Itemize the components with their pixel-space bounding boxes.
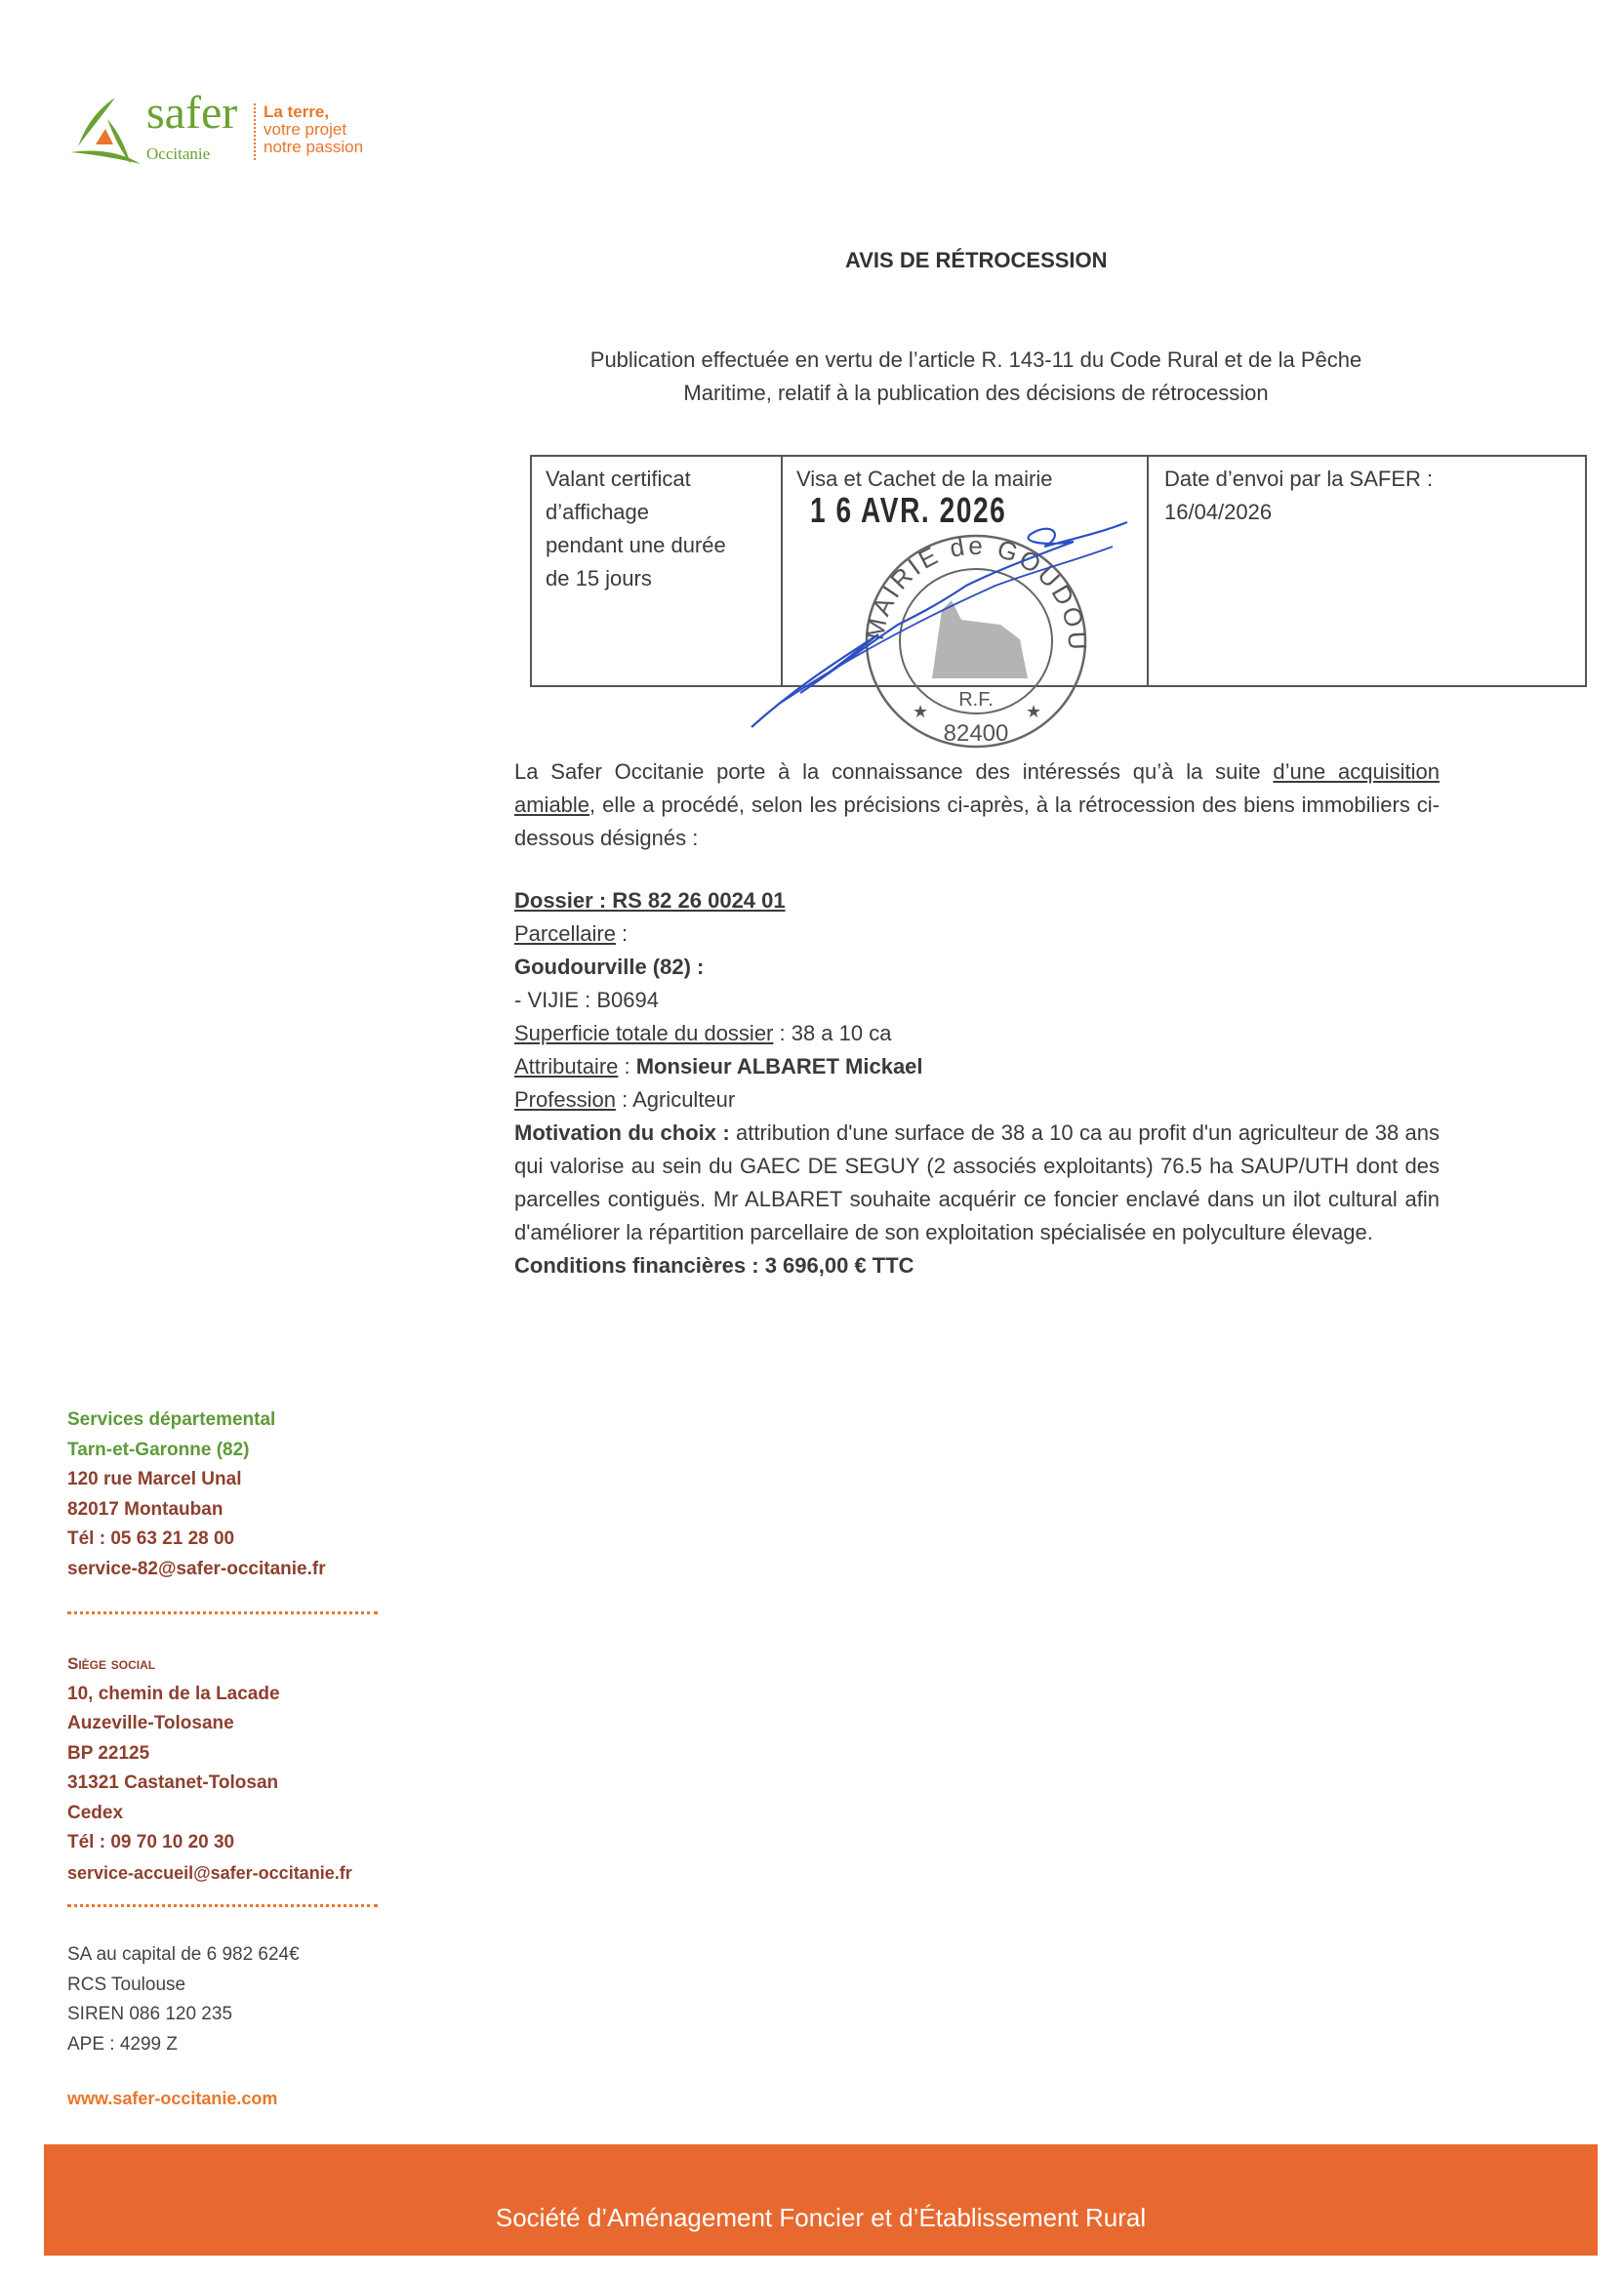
- service-phone: Tél : 05 63 21 28 00: [67, 1525, 389, 1555]
- departmental-service-contact: Services départemental Tarn-et-Garonne (…: [67, 1405, 389, 1584]
- intro-text-1: La Safer Occitanie porte à la connaissan…: [514, 759, 1273, 784]
- subtitle-line-1: Publication effectuée en vertu de l’arti…: [527, 344, 1425, 377]
- dossier-number: Dossier : RS 82 26 0024 01: [514, 888, 786, 913]
- superficie-label: Superficie totale du dossier: [514, 1021, 773, 1045]
- intro-paragraph: La Safer Occitanie porte à la connaissan…: [514, 755, 1440, 855]
- send-date-value: 16/04/2026: [1164, 496, 1571, 529]
- service-department: Tarn-et-Garonne (82): [67, 1436, 389, 1466]
- cell-text: d’affichage: [546, 496, 767, 529]
- service-title: Services départemental: [67, 1405, 389, 1436]
- service-city: 82017 Montauban: [67, 1495, 389, 1526]
- profession-value: : Agriculteur: [616, 1087, 735, 1112]
- dossier-details: Dossier : RS 82 26 0024 01 Parcellaire :…: [514, 884, 1440, 1282]
- hq-address: 31321 Castanet-Tolosan: [67, 1769, 389, 1799]
- page-subtitle: Publication effectuée en vertu de l’arti…: [527, 344, 1425, 410]
- hq-email[interactable]: service-accueil@safer-occitanie.fr: [67, 1858, 389, 1889]
- rcs: RCS Toulouse: [67, 1971, 300, 2001]
- cell-text: de 15 jours: [546, 562, 767, 595]
- dotted-divider: [67, 1904, 378, 1907]
- hq-address: Cedex: [67, 1799, 389, 1829]
- dotted-divider: [67, 1611, 378, 1614]
- tagline-line-3: notre passion: [264, 139, 363, 156]
- page-title: AVIS DE RÉTROCESSION: [845, 248, 1108, 273]
- safer-logo: safer Occitanie La terre, votre projet n…: [68, 96, 390, 166]
- commune: Goudourville (82) :: [514, 955, 704, 979]
- logo-separator: [254, 103, 256, 160]
- hq-address: Auzeville-Tolosane: [67, 1709, 389, 1739]
- parcel-reference: - VIJIE : B0694: [514, 988, 659, 1012]
- separator: :: [618, 1054, 635, 1079]
- headquarters-contact: Siège social 10, chemin de la Lacade Auz…: [67, 1649, 389, 1888]
- signature-mark: [742, 517, 1132, 742]
- motivation-paragraph: Motivation du choix : attribution d'une …: [514, 1117, 1440, 1249]
- motivation-label: Motivation du choix :: [514, 1120, 730, 1145]
- send-date-label: Date d’envoi par la SAFER :: [1164, 463, 1571, 496]
- logo-wordmark: safer: [146, 90, 237, 137]
- hq-label: Siège social: [67, 1649, 389, 1680]
- send-date-cell: Date d’envoi par la SAFER : 16/04/2026: [1149, 457, 1585, 685]
- profession-label: Profession: [514, 1087, 616, 1112]
- safer-triangle-icon: [68, 96, 144, 166]
- capital: SA au capital de 6 982 624€: [67, 1940, 300, 1971]
- siren: SIREN 086 120 235: [67, 2000, 300, 2030]
- ape: APE : 4299 Z: [67, 2030, 300, 2060]
- intro-text-2: , elle a procédé, selon les précisions c…: [514, 793, 1440, 850]
- legal-info: SA au capital de 6 982 624€ RCS Toulouse…: [67, 1940, 300, 2059]
- logo-tagline: La terre, votre projet notre passion: [264, 103, 363, 156]
- logo-region: Occitanie: [146, 144, 210, 164]
- service-email[interactable]: service-82@safer-occitanie.fr: [67, 1555, 389, 1585]
- cell-text: Valant certificat: [546, 463, 767, 496]
- tagline-line-2: votre projet: [264, 121, 363, 139]
- parcellaire-label: Parcellaire: [514, 921, 616, 946]
- conditions-value: 3 696,00 € TTC: [759, 1253, 914, 1278]
- hq-phone: Tél : 09 70 10 20 30: [67, 1828, 389, 1858]
- tagline-line-1: La terre,: [264, 103, 363, 121]
- cell-text: pendant une durée: [546, 529, 767, 562]
- conditions-label: Conditions financières :: [514, 1253, 759, 1278]
- attributaire-value: Monsieur ALBARET Mickael: [636, 1054, 923, 1079]
- subtitle-line-2: Maritime, relatif à la publication des d…: [527, 377, 1425, 410]
- service-address: 120 rue Marcel Unal: [67, 1465, 389, 1495]
- footer-text: Société d’Aménagement Foncier et d’Établ…: [496, 2168, 1146, 2233]
- hq-address: BP 22125: [67, 1739, 389, 1770]
- superficie-value: : 38 a 10 ca: [773, 1021, 891, 1045]
- footer-band: Société d’Aménagement Foncier et d’Établ…: [44, 2144, 1598, 2256]
- separator: :: [616, 921, 628, 946]
- attributaire-label: Attributaire: [514, 1054, 618, 1079]
- website-link[interactable]: www.safer-occitanie.com: [67, 2089, 277, 2109]
- hq-address: 10, chemin de la Lacade: [67, 1680, 389, 1710]
